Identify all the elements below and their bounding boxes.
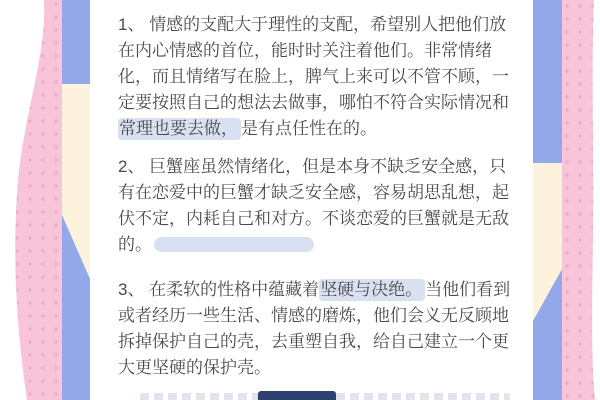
blue-bar-right-bottom <box>533 269 562 400</box>
text-line: 化，而且情绪写在脸上，脾气上来可以不管不顾，一 <box>118 64 528 90</box>
highlighted-text: 常理也要去做， <box>118 118 241 140</box>
text-line: 2、 巨蟹座虽然情绪化，但是本身不缺乏安全感，只 <box>118 154 528 180</box>
empty-highlight-bar <box>154 237 314 252</box>
white-wave-right <box>592 0 600 400</box>
pink-band-left <box>8 0 62 400</box>
text-segment: 当他们看到 <box>425 280 510 299</box>
text-line: 或者经历一些生活、情感的磨炼，他们会义无反顾地 <box>118 303 528 329</box>
text-segment: 的。 <box>118 235 152 254</box>
blue-bar-right-top <box>533 0 562 163</box>
text-line: 常理也要去做，是有点任性在的。 <box>118 116 528 142</box>
text-segment: 3、 在柔软的性格中蕴藏着 <box>118 280 319 299</box>
text-line: 伏不定，内耗自己和对方。不谈恋爱的巨蟹就是无敌 <box>118 206 528 232</box>
cream-bar-left <box>62 0 90 400</box>
clipped-dark-highlight <box>258 391 336 400</box>
text-line: 拆掉保护自己的壳，去重塑自我，给自己建立一个更 <box>118 329 528 355</box>
text-line: 3、 在柔软的性格中蕴藏着坚硬与决绝。当他们看到 <box>118 277 528 303</box>
text-segment: 有在恋爱中的巨蟹才缺乏安全感，容易胡思乱想，起 <box>118 183 509 202</box>
text-segment: 伏不定，内耗自己和对方。不谈恋爱的巨蟹就是无敌 <box>118 209 509 228</box>
pink-band-right <box>562 0 600 400</box>
cream-bar-right <box>533 0 562 400</box>
paragraph-2: 2、 巨蟹座虽然情绪化，但是本身不缺乏安全感，只有在恋爱中的巨蟹才缺乏安全感，容… <box>118 154 528 258</box>
paragraph-3: 3、 在柔软的性格中蕴藏着坚硬与决绝。当他们看到或者经历一些生活、情感的磨炼，他… <box>118 277 528 381</box>
text-line: 有在恋爱中的巨蟹才缺乏安全感，容易胡思乱想，起 <box>118 180 528 206</box>
blue-bar-left-bottom <box>62 215 90 400</box>
clipped-next-paragraph <box>118 391 518 400</box>
text-line: 定要按照自己的想法去做事，哪怕不符合实际情况和 <box>118 90 528 116</box>
text-segment: 定要按照自己的想法去做事，哪怕不符合实际情况和 <box>118 93 509 112</box>
blue-bar-left-top <box>62 0 90 84</box>
left-border-decoration <box>0 0 90 400</box>
text-segment: 是有点任性在的。 <box>241 119 377 138</box>
text-segment: 拆掉保护自己的壳，去重塑自我，给自己建立一个更 <box>118 332 509 351</box>
text-line: 大更坚硬的保护壳。 <box>118 355 528 381</box>
text-line: 的。 <box>118 232 528 258</box>
paragraph-1: 1、 情感的支配大于理性的支配，希望别人把他们放在内心情感的首位，能时时关注着他… <box>118 12 528 142</box>
white-wave-left <box>0 0 44 400</box>
highlighted-text: 坚硬与决绝。 <box>319 279 425 301</box>
article-card: 1、 情感的支配大于理性的支配，希望别人把他们放在内心情感的首位，能时时关注着他… <box>0 0 600 400</box>
text-segment: 或者经历一些生活、情感的磨炼，他们会义无反顾地 <box>118 306 509 325</box>
polka-dots-left <box>8 0 62 400</box>
text-segment: 1、 情感的支配大于理性的支配，希望别人把他们放 <box>118 15 506 34</box>
text-segment: 在内心情感的首位，能时时关注着他们。非常情绪 <box>118 41 492 60</box>
article-text: 1、 情感的支配大于理性的支配，希望别人把他们放在内心情感的首位，能时时关注着他… <box>118 12 528 381</box>
text-segment: 大更坚硬的保护壳。 <box>118 358 271 377</box>
text-segment: 化，而且情绪写在脸上，脾气上来可以不管不顾，一 <box>118 67 509 86</box>
text-segment: 2、 巨蟹座虽然情绪化，但是本身不缺乏安全感，只 <box>118 157 506 176</box>
text-line: 1、 情感的支配大于理性的支配，希望别人把他们放 <box>118 12 528 38</box>
text-line: 在内心情感的首位，能时时关注着他们。非常情绪 <box>118 38 528 64</box>
polka-dots-right <box>562 0 600 400</box>
